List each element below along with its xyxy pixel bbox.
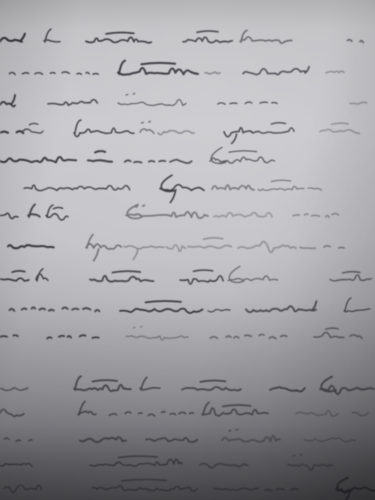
handwritten-page-photo: [0, 0, 375, 500]
handwriting-ink: [0, 0, 375, 500]
